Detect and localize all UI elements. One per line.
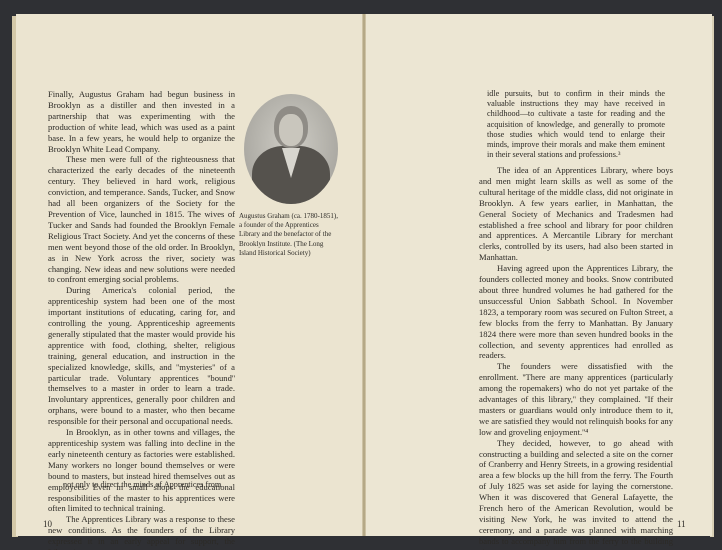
right-body-text: The idea of an Apprentices Library, wher… <box>479 165 673 550</box>
page-number-left: 10 <box>43 519 52 529</box>
paragraph: The Apprentices Library was a response t… <box>48 514 235 550</box>
paragraph: Finally, Augustus Graham had begun busin… <box>48 89 235 154</box>
book-gutter <box>362 14 366 536</box>
paragraph: Having agreed upon the Apprentices Libra… <box>479 263 673 361</box>
portrait-face-shape <box>279 114 303 146</box>
block-quote-start: not only to direct the minds of Apprenti… <box>63 480 233 491</box>
block-quote-continuation: idle pursuits, but to confirm in their m… <box>487 89 665 160</box>
figure-caption: Augustus Graham (ca. 1780-1851), a found… <box>239 212 339 258</box>
portrait-image <box>244 94 338 204</box>
paragraph: During America's colonial period, the ap… <box>48 285 235 427</box>
paragraph: In Brooklyn, as in other towns and villa… <box>48 427 235 514</box>
paragraph: The founders were dissatisfied with the … <box>479 361 673 437</box>
page-number-right: 11 <box>677 519 686 529</box>
paragraph: The idea of an Apprentices Library, wher… <box>479 165 673 263</box>
paragraph: They decided, however, to go ahead with … <box>479 438 673 550</box>
paragraph: These men were full of the righteousness… <box>48 154 235 285</box>
